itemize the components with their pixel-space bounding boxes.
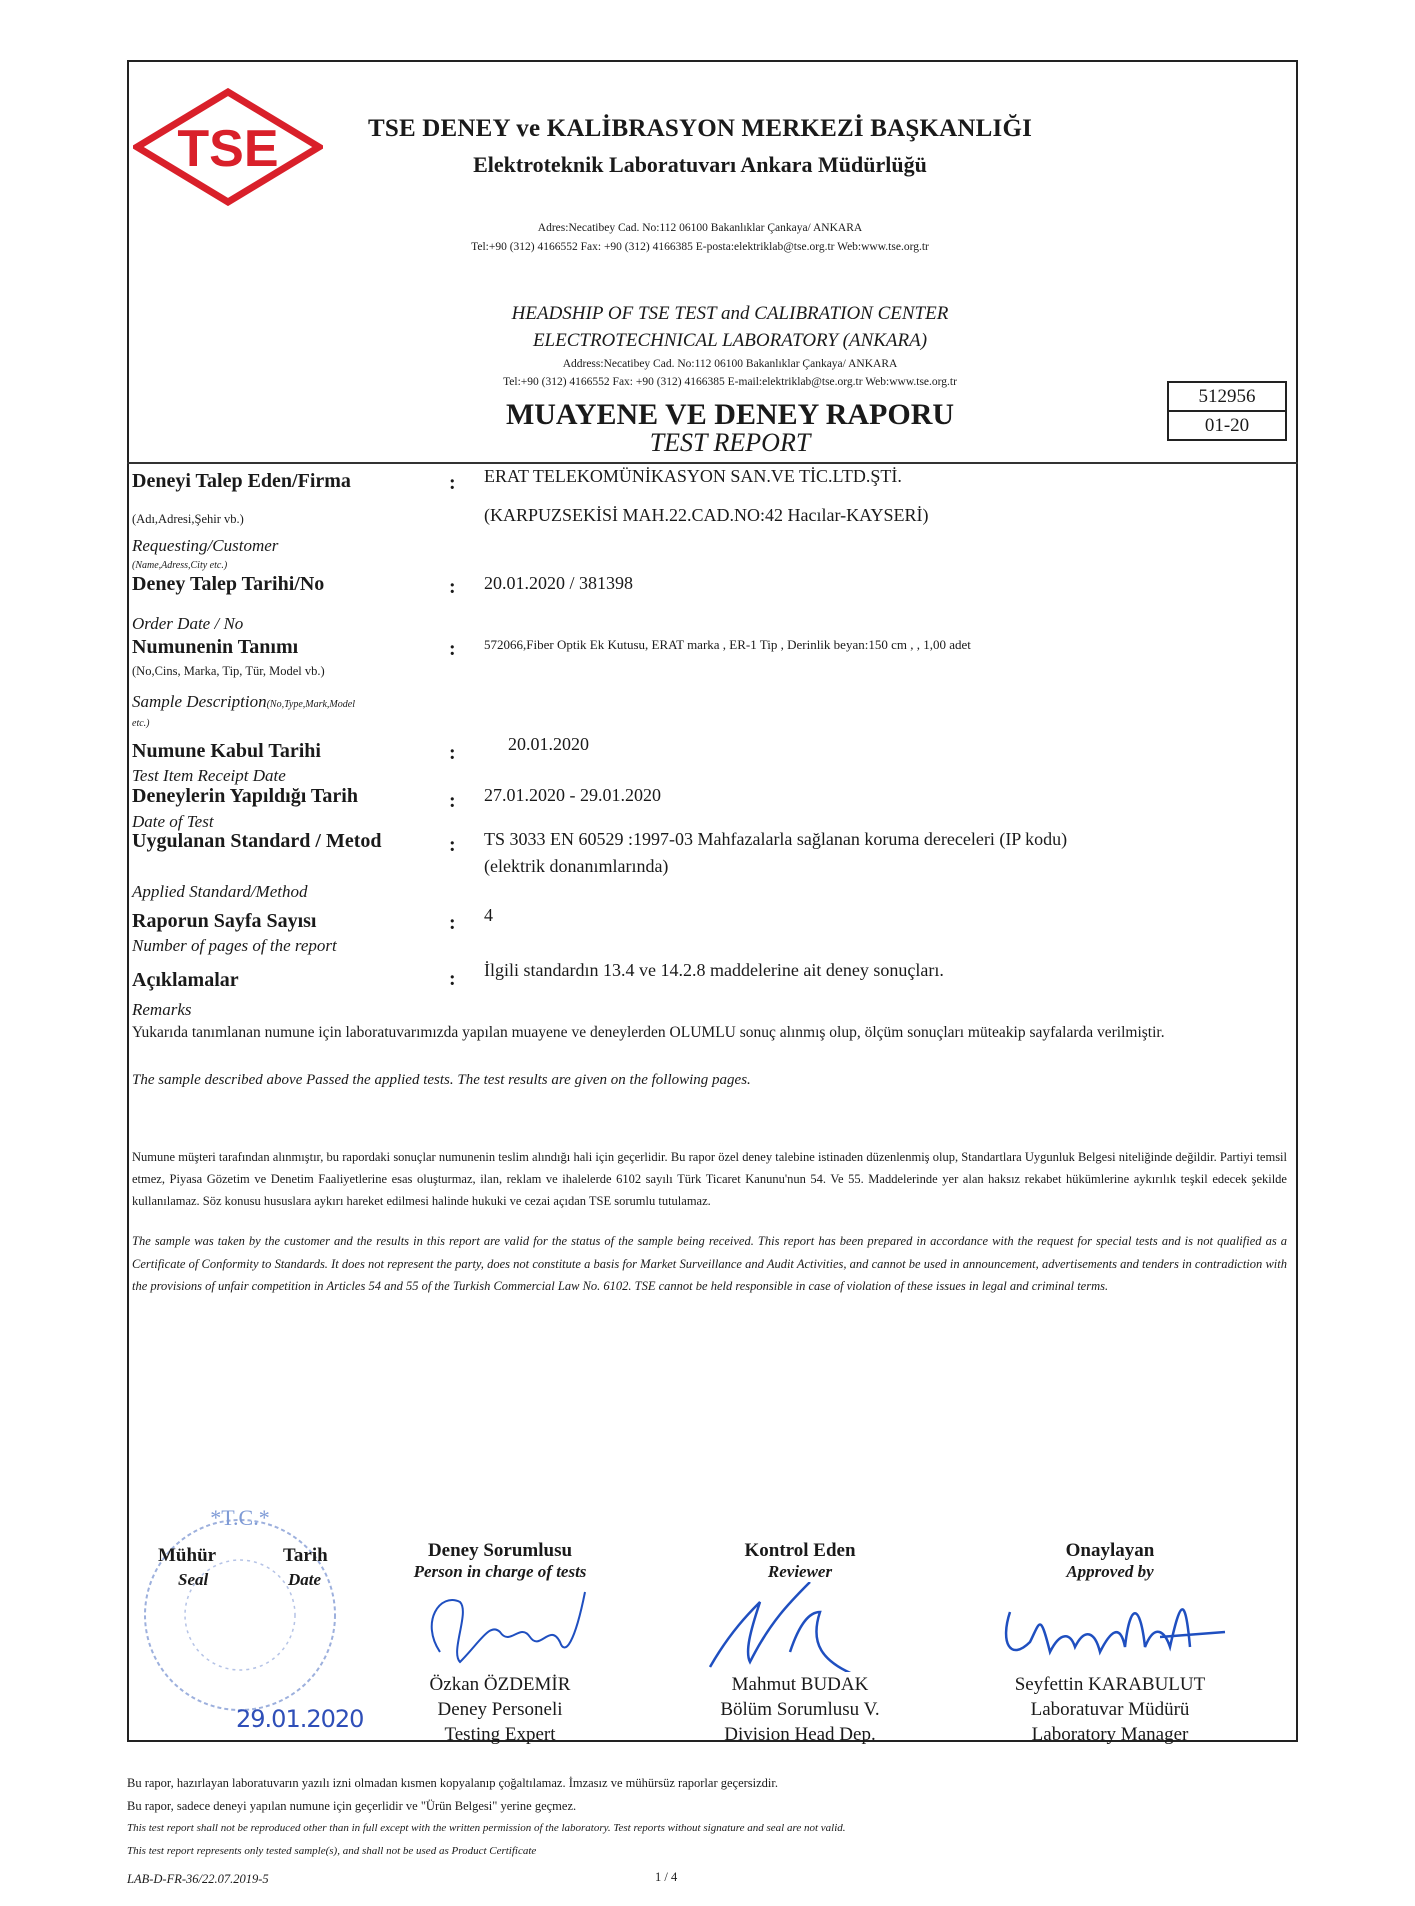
- remarks-colon: :: [449, 968, 456, 991]
- svg-text:TSE: TSE: [177, 120, 278, 178]
- sample-value: 572066,Fiber Optik Ek Kutusu, ERAT marka…: [484, 637, 971, 653]
- pages-value: 4: [484, 905, 493, 926]
- org-subtitle: Elektroteknik Laboratuvarı Ankara Müdürl…: [350, 152, 1050, 178]
- test-date-colon: :: [449, 790, 456, 813]
- sample-label: Numunenin Tanımı: [132, 636, 298, 659]
- customer-label-en-note: (Name,Adress,City etc.): [132, 560, 227, 571]
- tester-role-en: Testing Expert: [380, 1722, 620, 1747]
- address-en: Address:Necatibey Cad. No:112 06100 Baka…: [330, 358, 1130, 370]
- approver-role-en: Laboratory Manager: [990, 1722, 1230, 1747]
- customer-label-note: (Adı,Adresi,Şehir vb.): [132, 512, 244, 527]
- org-title: TSE DENEY ve KALİBRASYON MERKEZİ BAŞKANL…: [350, 115, 1050, 143]
- report-title: MUAYENE VE DENEY RAPORU: [380, 398, 1080, 432]
- disclaimer-tr: Numune müşteri tarafından alınmıştır, bu…: [132, 1146, 1287, 1212]
- customer-label: Deneyi Talep Eden/Firma: [132, 470, 351, 493]
- approver-role: Laboratuvar Müdürü: [990, 1697, 1230, 1722]
- footer-line-3: This test report shall not be reproduced…: [127, 1822, 846, 1834]
- seal-date-label: Tarih: [283, 1545, 328, 1567]
- pages-label: Raporun Sayfa Sayısı: [132, 910, 317, 933]
- contact-en: Tel:+90 (312) 4166552 Fax: +90 (312) 416…: [330, 376, 1130, 388]
- result-statement-tr: Yukarıda tanımlanan numune için laboratu…: [132, 1022, 1287, 1044]
- report-number: 512956: [1169, 383, 1285, 410]
- receipt-label-en: Test Item Receipt Date: [132, 766, 286, 786]
- standard-value-line1: TS 3033 EN 60529 :1997-03 Mahfazalarla s…: [484, 829, 1067, 850]
- footer-line-2: Bu rapor, sadece deneyi yapılan numune i…: [127, 1799, 576, 1814]
- reviewer-signature-block: Kontrol Eden Reviewer Mahmut BUDAK Bölüm…: [680, 1540, 920, 1747]
- test-date-label-en: Date of Test: [132, 812, 214, 832]
- seal-date-label-en: Date: [288, 1570, 321, 1590]
- contact-tr: Tel:+90 (312) 4166552 Fax: +90 (312) 416…: [300, 241, 1100, 253]
- sample-label-en: Sample Description(No,Type,Mark,Model: [132, 692, 355, 712]
- approver-title: Onaylayan: [990, 1540, 1230, 1562]
- sample-label-en-text: Sample Description: [132, 692, 267, 711]
- customer-colon: :: [449, 472, 456, 495]
- standard-label: Uygulanan Standard / Metod: [132, 830, 382, 853]
- order-label-en: Order Date / No: [132, 614, 243, 634]
- reviewer-signature-icon: [690, 1582, 910, 1672]
- standard-value-line2: (elektrik donanımlarında): [484, 856, 668, 877]
- result-statement-en: The sample described above Passed the ap…: [132, 1072, 1287, 1089]
- tester-signature-block: Deney Sorumlusu Person in charge of test…: [380, 1540, 620, 1747]
- reviewer-role: Bölüm Sorumlusu V.: [680, 1697, 920, 1722]
- sample-label-note: (No,Cins, Marka, Tip, Tür, Model vb.): [132, 664, 325, 679]
- approver-title-en: Approved by: [990, 1562, 1230, 1582]
- tester-title: Deney Sorumlusu: [380, 1540, 620, 1562]
- org-subtitle-en: ELECTROTECHNICAL LABORATORY (ANKARA): [380, 330, 1080, 352]
- tester-role: Deney Personeli: [380, 1697, 620, 1722]
- customer-label-en: Requesting/Customer: [132, 536, 278, 556]
- order-colon: :: [449, 576, 456, 599]
- seal-date-value: 29.01.2020: [236, 1705, 363, 1733]
- reviewer-name: Mahmut BUDAK: [680, 1672, 920, 1697]
- report-number-box: 512956 01-20: [1167, 381, 1287, 441]
- approver-signature-block: Onaylayan Approved by Seyfettin KARABULU…: [990, 1540, 1230, 1747]
- standard-colon: :: [449, 834, 456, 857]
- report-period: 01-20: [1169, 410, 1285, 439]
- tester-name: Özkan ÖZDEMİR: [380, 1672, 620, 1697]
- tse-logo-icon: TSE: [133, 88, 323, 206]
- pages-label-en: Number of pages of the report: [132, 936, 337, 956]
- form-code: LAB-D-FR-36/22.07.2019-5: [127, 1872, 269, 1887]
- approver-name: Seyfettin KARABULUT: [990, 1672, 1230, 1697]
- sample-label-en-note: (No,Type,Mark,Model: [267, 699, 355, 710]
- reviewer-title-en: Reviewer: [680, 1562, 920, 1582]
- standard-label-en: Applied Standard/Method: [132, 882, 308, 902]
- receipt-label: Numune Kabul Tarihi: [132, 740, 321, 763]
- order-label: Deney Talep Tarihi/No: [132, 573, 324, 596]
- receipt-colon: :: [449, 742, 456, 765]
- seal-label-en: Seal: [178, 1570, 208, 1590]
- footer-line-4: This test report represents only tested …: [127, 1845, 536, 1857]
- sample-label-en-note2: etc.): [132, 718, 150, 729]
- svg-text:*T.C.*: *T.C.*: [210, 1505, 269, 1530]
- remarks-label-en: Remarks: [132, 1000, 191, 1020]
- tester-signature-icon: [400, 1582, 600, 1672]
- header-divider: [127, 462, 1298, 464]
- remarks-label: Açıklamalar: [132, 969, 239, 992]
- test-date-value: 27.01.2020 - 29.01.2020: [484, 785, 661, 806]
- remarks-value: İlgili standardın 13.4 ve 14.2.8 maddele…: [484, 960, 944, 981]
- order-value: 20.01.2020 / 381398: [484, 573, 633, 594]
- receipt-value: 20.01.2020: [508, 734, 589, 755]
- pages-colon: :: [449, 912, 456, 935]
- tester-title-en: Person in charge of tests: [380, 1562, 620, 1582]
- sample-colon: :: [449, 638, 456, 661]
- customer-name: ERAT TELEKOMÜNİKASYON SAN.VE TİC.LTD.ŞTİ…: [484, 466, 902, 487]
- customer-address: (KARPUZSEKİSİ MAH.22.CAD.NO:42 Hacılar-K…: [484, 505, 928, 526]
- page-indicator: 1 / 4: [655, 1870, 677, 1885]
- approver-signature-icon: [990, 1582, 1230, 1672]
- org-title-en: HEADSHIP OF TSE TEST and CALIBRATION CEN…: [380, 303, 1080, 325]
- disclaimer-en: The sample was taken by the customer and…: [132, 1230, 1287, 1298]
- report-title-en: TEST REPORT: [380, 428, 1080, 458]
- test-date-label: Deneylerin Yapıldığı Tarih: [132, 785, 358, 808]
- seal-label: Mühür: [158, 1545, 216, 1567]
- reviewer-role-en: Division Head Dep.: [680, 1722, 920, 1747]
- footer-line-1: Bu rapor, hazırlayan laboratuvarın yazıl…: [127, 1776, 778, 1791]
- reviewer-title: Kontrol Eden: [680, 1540, 920, 1562]
- address-tr: Adres:Necatibey Cad. No:112 06100 Bakanl…: [300, 222, 1100, 234]
